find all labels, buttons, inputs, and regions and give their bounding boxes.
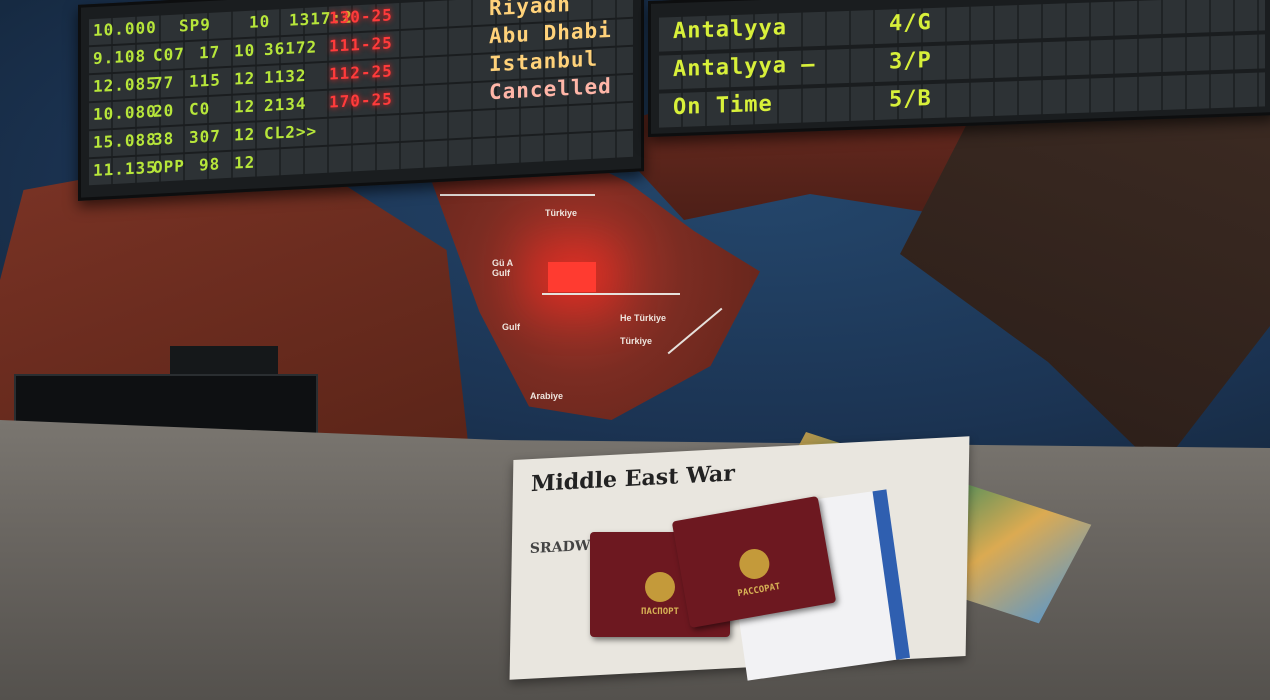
board-destination: Istanbul bbox=[489, 47, 598, 77]
board-cell: 12 bbox=[234, 97, 255, 117]
map-label: Türkiye bbox=[545, 208, 577, 218]
board-destination: Riyadh bbox=[489, 0, 571, 20]
board-cell: 10.000 bbox=[93, 18, 157, 40]
board-cell: 12 bbox=[234, 69, 255, 89]
board-cell: 11.135 bbox=[93, 158, 157, 180]
board-gate: 4/G bbox=[889, 10, 932, 36]
board-cell: 10.080 bbox=[93, 102, 157, 124]
board-cell: 307 bbox=[189, 126, 221, 147]
departure-board-right: Antalyya 4/G Antalyya — 3/P On Time 5/B bbox=[648, 0, 1270, 137]
map-label: Gü A Gulf bbox=[492, 258, 514, 278]
board-cell: CL2>> bbox=[264, 121, 317, 143]
board-cell: C0 bbox=[189, 99, 210, 119]
board-status: 130-25 bbox=[329, 5, 393, 27]
board-destination: Abu Dhabi bbox=[489, 18, 612, 48]
coat-of-arms-icon bbox=[645, 572, 675, 602]
board-cell: C07 bbox=[153, 44, 185, 65]
board-cell: 2134 bbox=[264, 94, 307, 115]
asia-landmass bbox=[900, 110, 1270, 470]
newspaper-headline: Middle East War bbox=[531, 460, 735, 497]
conflict-highlight bbox=[548, 262, 596, 292]
board-cell: 38 bbox=[153, 129, 174, 149]
map-label: He Türkiye bbox=[620, 313, 666, 323]
departure-board-left: 10.000 SP9 10 1317:2 130-25 Riyadh 9.108… bbox=[78, 0, 644, 201]
board-status: On Time bbox=[673, 92, 773, 120]
board-gate: 5/B bbox=[889, 86, 932, 112]
map-label: Arabiye bbox=[530, 391, 563, 401]
board-status: 112-25 bbox=[329, 61, 393, 83]
board-destination: Antalyya bbox=[673, 15, 787, 44]
board-cell: 12 bbox=[234, 153, 255, 173]
airport-scene: Türkiye Gü A Gulf Gulf He Türkiye Türkiy… bbox=[0, 0, 1270, 700]
board-destination: Antalyya — bbox=[673, 52, 815, 82]
map-label: Türkiye bbox=[620, 336, 652, 346]
board-cell: 17 bbox=[199, 42, 220, 62]
board-cell: 1132 bbox=[264, 66, 307, 87]
board-status: 111-25 bbox=[329, 33, 393, 55]
board-cell: 15.088 bbox=[93, 130, 157, 152]
board-cell: OPP bbox=[153, 156, 185, 177]
board-status: 170-25 bbox=[329, 89, 393, 111]
board-cell: SP9 bbox=[179, 15, 211, 36]
board-gate: 3/P bbox=[889, 48, 932, 74]
board-cell: 115 bbox=[189, 70, 221, 91]
map-label: Gulf bbox=[502, 322, 520, 332]
board-cell: 10 bbox=[234, 41, 255, 61]
board-cell: 12.085 bbox=[93, 74, 157, 96]
route-arrow bbox=[440, 194, 595, 196]
board-cell: 9.108 bbox=[93, 46, 146, 68]
board-cell: 12 bbox=[234, 125, 255, 145]
board-cell: 77 bbox=[153, 73, 174, 93]
board-cell: 98 bbox=[199, 154, 220, 174]
coat-of-arms-icon bbox=[737, 547, 772, 582]
monitor-back bbox=[170, 346, 278, 374]
board-cell: 20 bbox=[153, 101, 174, 121]
route-arrow bbox=[542, 293, 680, 295]
board-destination: Cancelled bbox=[489, 74, 612, 104]
board-cell: 36172 bbox=[264, 37, 317, 59]
board-cell: 10 bbox=[249, 12, 270, 32]
